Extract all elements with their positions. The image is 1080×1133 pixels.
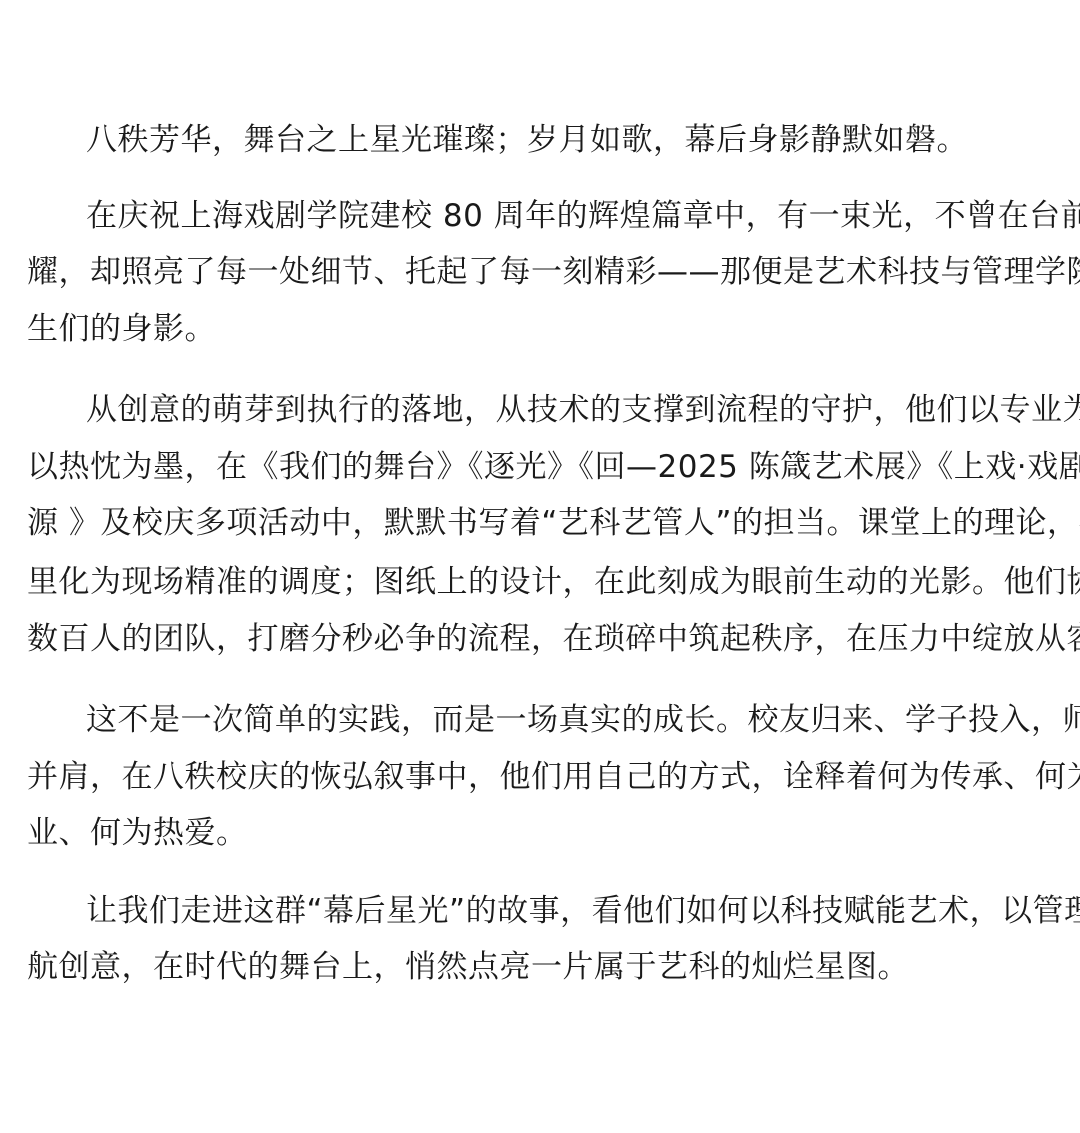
- paragraph-4-line-2: 并肩，在八秩校庆的恢弘叙事中，他们用自己的方式，诠释着何为传承、何为专: [27, 757, 1080, 797]
- paragraph-4-line-3: 业、何为热爱。: [27, 813, 248, 853]
- paragraph-3-line-2: 以热忱为墨，在《我们的舞台》《逐光》《回—2025 陈箴艺术展》《上戏·戏剧: [27, 447, 1080, 487]
- paragraph-1-line-1: 八秩芳华，舞台之上星光璀璨；岁月如歌，幕后身影静默如磐。: [86, 120, 968, 160]
- paragraph-4-line-1: 这不是一次简单的实践，而是一场真实的成长。校友归来、学子投入，师生: [86, 700, 1080, 740]
- paragraph-2-line-3: 生们的身影。: [27, 309, 216, 349]
- paragraph-3-line-5: 数百人的团队，打磨分秒必争的流程，在琐碎中筑起秩序，在压力中绽放从容。: [27, 619, 1080, 659]
- paragraph-5-line-2: 航创意，在时代的舞台上，悄然点亮一片属于艺科的灿烂星图。: [27, 947, 909, 987]
- paragraph-5-line-1: 让我们走进这群“幕后星光”的故事，看他们如何以科技赋能艺术，以管理护: [86, 891, 1080, 931]
- document-page: 八秩芳华，舞台之上星光璀璨；岁月如歌，幕后身影静默如磐。 在庆祝上海戏剧学院建校…: [0, 0, 1080, 1133]
- paragraph-3-line-3: 源 》及校庆多项活动中，默默书写着“艺科艺管人”的担当。课堂上的理论，在这: [27, 503, 1080, 543]
- paragraph-2-line-1: 在庆祝上海戏剧学院建校 80 周年的辉煌篇章中，有一束光，不曾在台前闪: [86, 196, 1080, 236]
- paragraph-3-line-1: 从创意的萌芽到执行的落地，从技术的支撑到流程的守护，他们以专业为笔、: [86, 390, 1080, 430]
- paragraph-3-line-4: 里化为现场精准的调度；图纸上的设计，在此刻成为眼前生动的光影。他们协调: [27, 562, 1080, 602]
- paragraph-2-line-2: 耀，却照亮了每一处细节、托起了每一刻精彩——那便是艺术科技与管理学院师: [27, 252, 1080, 292]
